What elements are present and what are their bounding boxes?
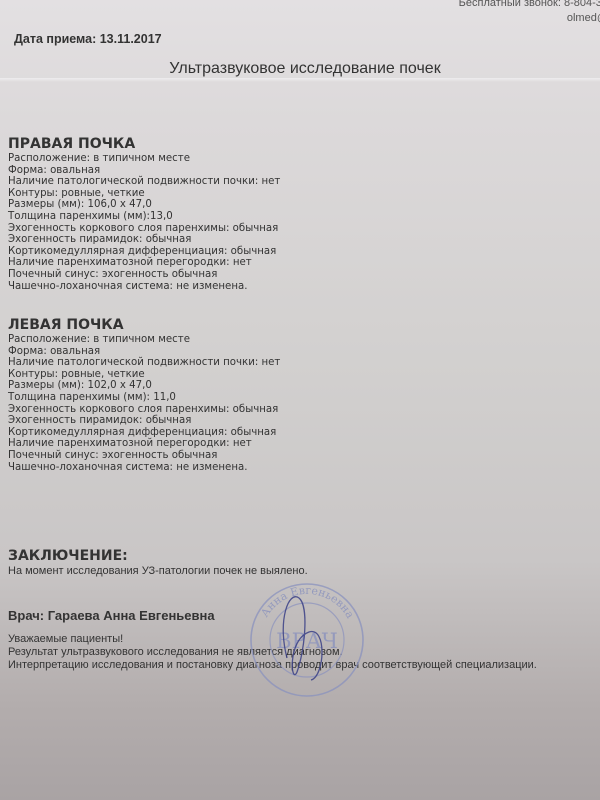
finding-line: Контуры: ровные, четкие (8, 188, 280, 200)
finding-line: Чашечно-лоханочная система: не изменена. (8, 281, 280, 293)
right-kidney-heading: ПРАВАЯ ПОЧКА (8, 136, 280, 153)
finding-line: Эхогенность коркового слоя паренхимы: об… (8, 404, 280, 416)
email-fragment: olmed@ (459, 11, 600, 26)
document-title: Ультразвуковое исследование почек (0, 60, 600, 78)
right-kidney-section: ПРАВАЯ ПОЧКА Расположение: в типичном ме… (8, 136, 280, 292)
doctor-stamp-icon: Анна Евгеньевна ВРАЧ (247, 580, 367, 700)
left-kidney-section: ЛЕВАЯ ПОЧКА Расположение: в типичном мес… (8, 317, 280, 473)
finding-line: Контуры: ровные, четкие (8, 369, 280, 381)
finding-line: Эхогенность пирамидок: обычная (8, 415, 280, 427)
finding-line: Эхогенность коркового слоя паренхимы: об… (8, 223, 280, 235)
left-kidney-heading: ЛЕВАЯ ПОЧКА (8, 317, 280, 334)
finding-line: Почечный синус: эхогенность обычная (8, 269, 280, 281)
left-kidney-findings: Расположение: в типичном местеФорма: ова… (8, 334, 280, 473)
finding-line: Размеры (мм): 106,0 x 47,0 (8, 199, 280, 211)
finding-line: Наличие патологической подвижности почки… (8, 176, 280, 188)
finding-line: Почечный синус: эхогенность обычная (8, 450, 280, 462)
finding-line: Эхогенность пирамидок: обычная (8, 234, 280, 246)
conclusion-text: На момент исследования УЗ-патологии поче… (8, 565, 308, 578)
right-kidney-findings: Расположение: в типичном местеФорма: ова… (8, 153, 280, 292)
document-page: Бесплатный звонок: 8-804-33 olmed@ Дата … (0, 0, 600, 800)
appointment-date: Дата приема: 13.11.2017 (14, 32, 162, 46)
fold-line (0, 78, 600, 82)
finding-line: Наличие паренхиматозной перегородки: нет (8, 438, 280, 450)
finding-line: Наличие патологической подвижности почки… (8, 357, 280, 369)
conclusion-heading: ЗАКЛЮЧЕНИЕ: (8, 548, 308, 565)
finding-line: Кортикомедуллярная дифференциация: обычн… (8, 427, 280, 439)
doctor-name: Врач: Гараева Анна Евгеньевна (8, 608, 215, 623)
finding-line: Форма: овальная (8, 165, 280, 177)
clinic-contacts: Бесплатный звонок: 8-804-33 olmed@ (459, 0, 600, 26)
finding-line: Кортикомедуллярная дифференциация: обычн… (8, 246, 280, 258)
finding-line: Форма: овальная (8, 346, 280, 358)
finding-line: Расположение: в типичном месте (8, 334, 280, 346)
finding-line: Чашечно-лоханочная система: не изменена. (8, 462, 280, 474)
conclusion-section: ЗАКЛЮЧЕНИЕ: На момент исследования УЗ-па… (8, 548, 308, 578)
finding-line: Размеры (мм): 102,0 x 47,0 (8, 380, 280, 392)
phone-line: Бесплатный звонок: 8-804-33 (459, 0, 600, 11)
finding-line: Наличие паренхиматозной перегородки: нет (8, 257, 280, 269)
finding-line: Толщина паренхимы (мм): 11,0 (8, 392, 280, 404)
finding-line: Расположение: в типичном месте (8, 153, 280, 165)
finding-line: Толщина паренхимы (мм):13,0 (8, 211, 280, 223)
